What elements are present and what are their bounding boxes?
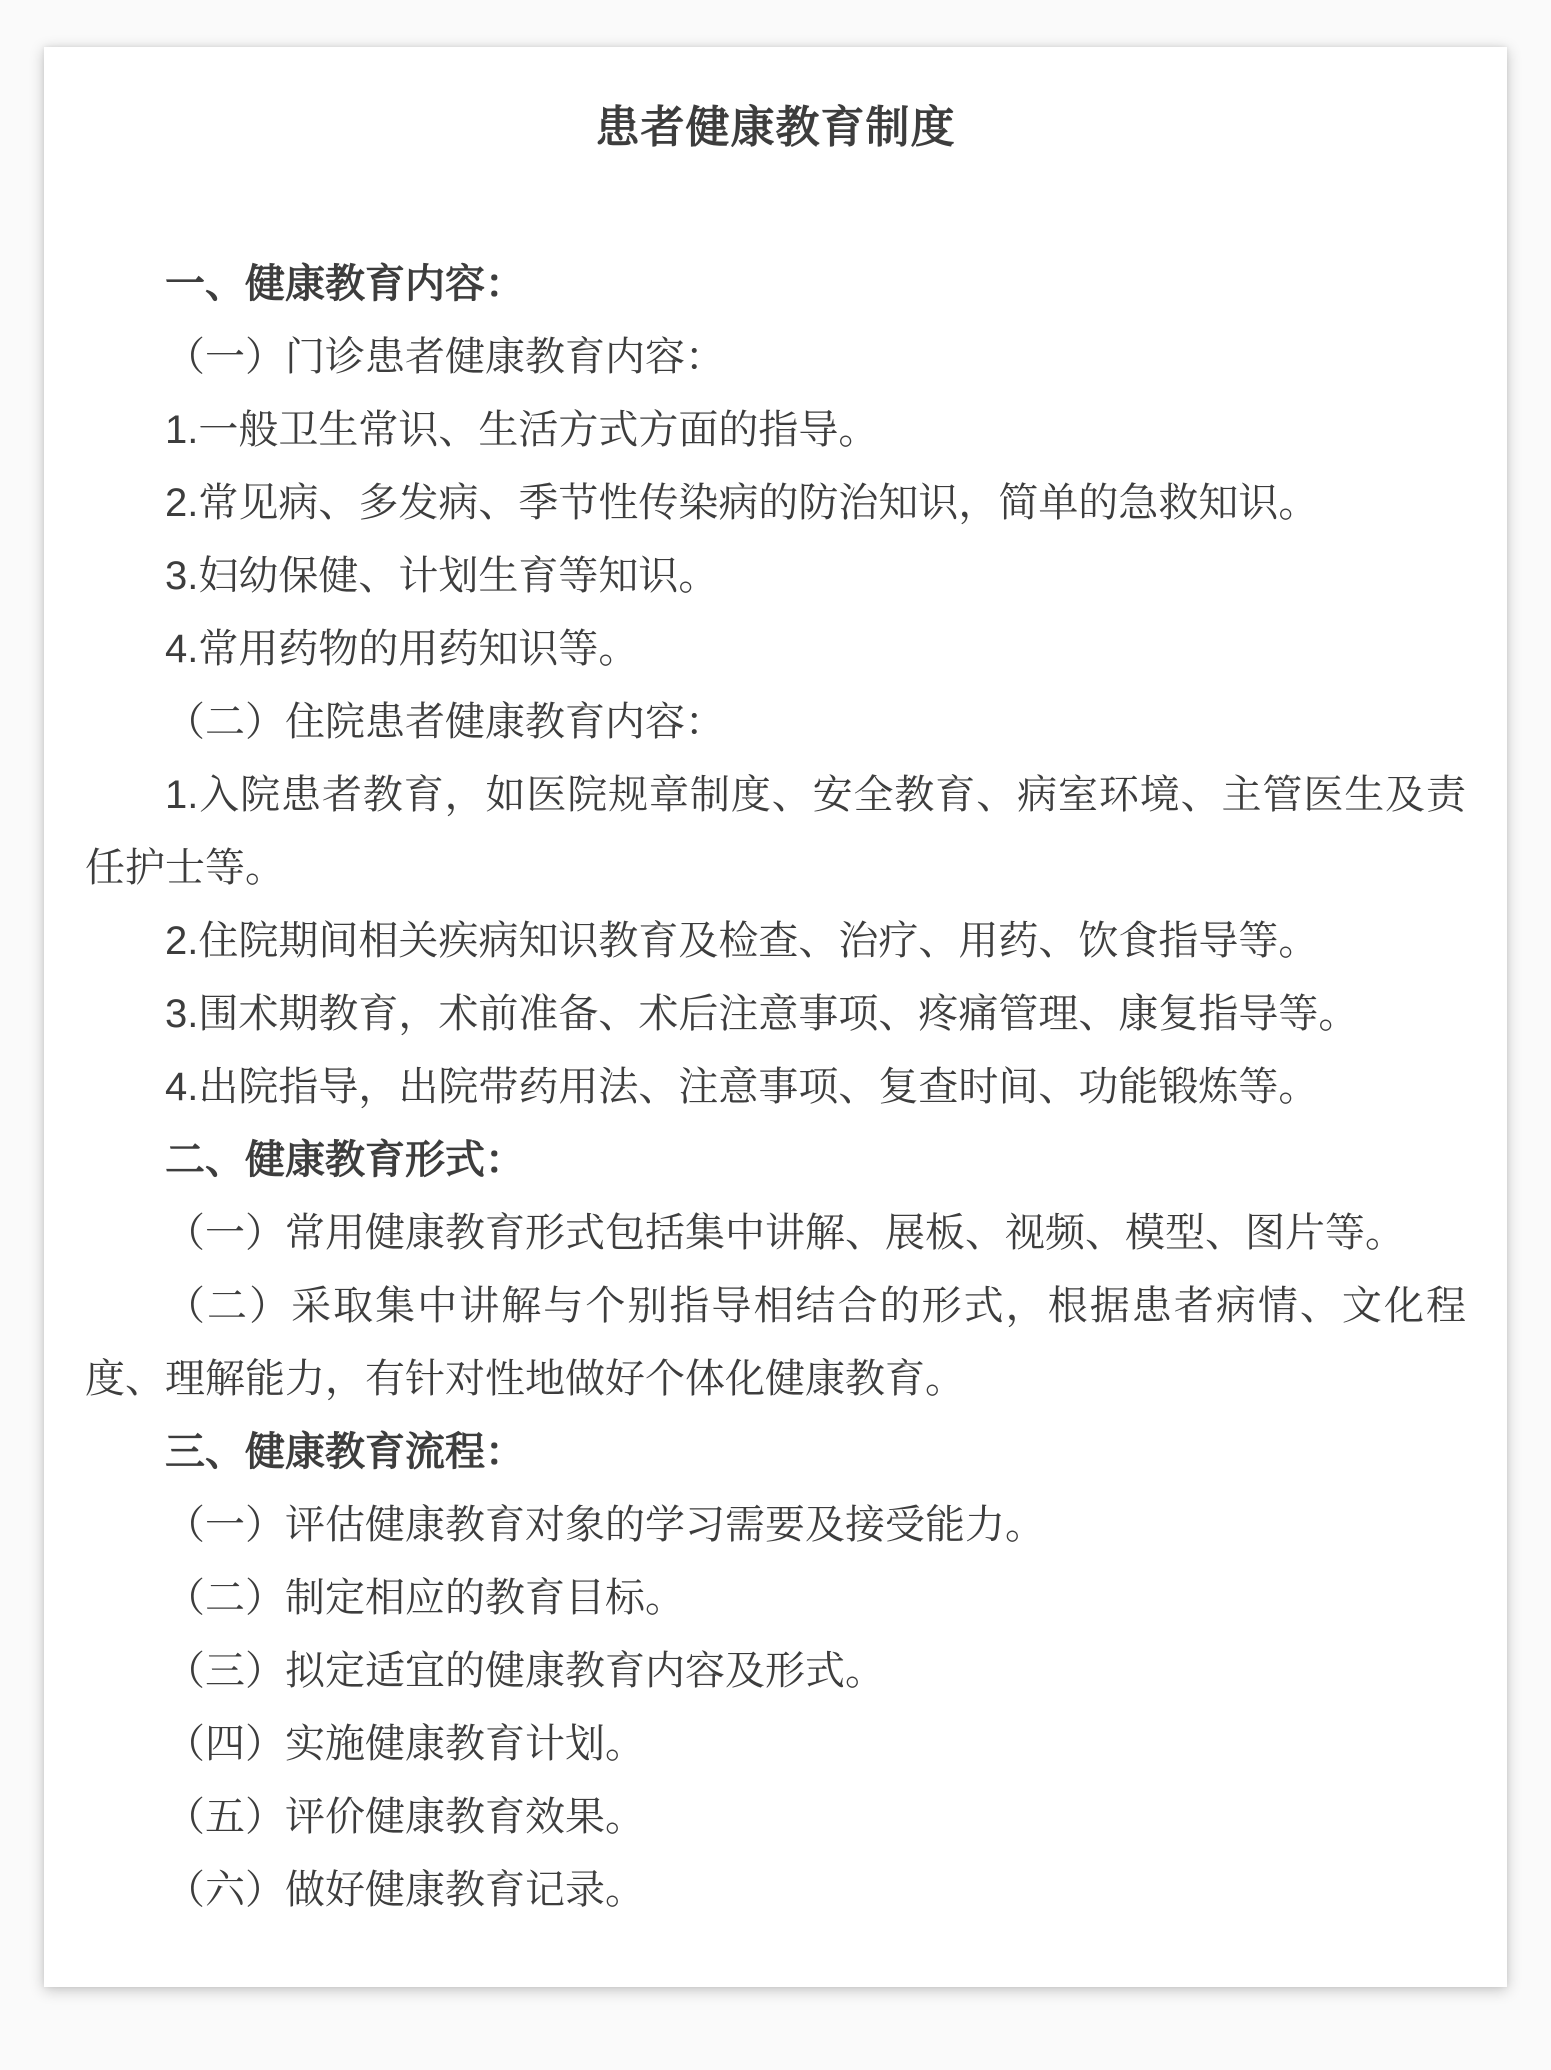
paragraph-line: 2.住院期间相关疾病知识教育及检查、治疗、用药、饮食指导等。 [85,905,1466,978]
section-heading-line: 一、健康教育内容： [85,248,1466,321]
paragraph-line: （五）评价健康教育效果。 [85,1781,1466,1854]
paragraph-line: （六）做好健康教育记录。 [85,1854,1466,1927]
paragraph-line: 2.常见病、多发病、季节性传染病的防治知识，简单的急救知识。 [85,467,1466,540]
document-body: 一、健康教育内容：（一）门诊患者健康教育内容：1.一般卫生常识、生活方式方面的指… [85,248,1466,1927]
paragraph-line: 任护士等。 [85,832,1466,905]
paragraph-line: 度、理解能力，有针对性地做好个体化健康教育。 [85,1343,1466,1416]
document-title: 患者健康教育制度 [85,91,1466,164]
paragraph-line: （四）实施健康教育计划。 [85,1708,1466,1781]
document-page: 患者健康教育制度 一、健康教育内容：（一）门诊患者健康教育内容：1.一般卫生常识… [44,47,1507,1987]
paragraph-line: 3.围术期教育，术前准备、术后注意事项、疼痛管理、康复指导等。 [85,978,1466,1051]
paragraph-line: （三）拟定适宜的健康教育内容及形式。 [85,1635,1466,1708]
paragraph-line: （一）门诊患者健康教育内容： [85,321,1466,394]
paragraph-line: 4.常用药物的用药知识等。 [85,613,1466,686]
section-heading-line: 二、健康教育形式： [85,1124,1466,1197]
paragraph-line: 3.妇幼保健、计划生育等知识。 [85,540,1466,613]
paragraph-line: 4.出院指导，出院带药用法、注意事项、复查时间、功能锻炼等。 [85,1051,1466,1124]
paragraph-line: （二）采取集中讲解与个别指导相结合的形式，根据患者病情、文化程 [85,1270,1466,1343]
paragraph-line: （一）评估健康教育对象的学习需要及接受能力。 [85,1489,1466,1562]
paragraph-line: 1.入院患者教育，如医院规章制度、安全教育、病室环境、主管医生及责 [85,759,1466,832]
paragraph-line: （二）制定相应的教育目标。 [85,1562,1466,1635]
section-heading-line: 三、健康教育流程： [85,1416,1466,1489]
paragraph-line: 1.一般卫生常识、生活方式方面的指导。 [85,394,1466,467]
paragraph-line: （一）常用健康教育形式包括集中讲解、展板、视频、模型、图片等。 [85,1197,1466,1270]
paragraph-line: （二）住院患者健康教育内容： [85,686,1466,759]
